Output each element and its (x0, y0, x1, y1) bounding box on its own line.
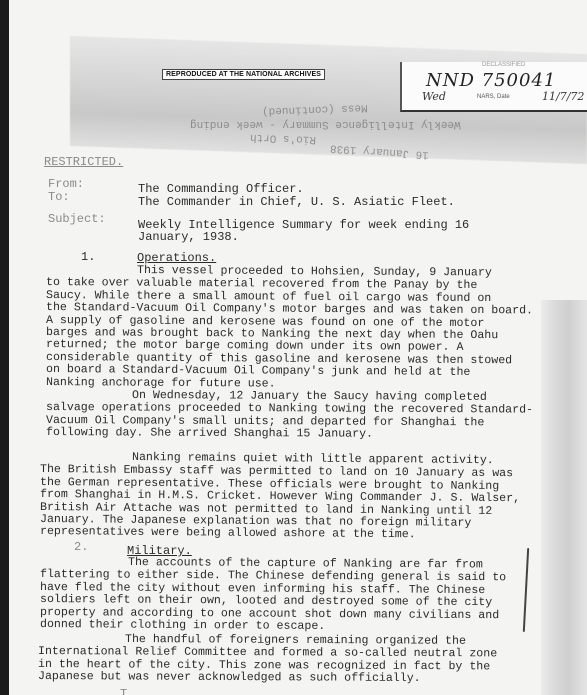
to-label: To: (48, 191, 70, 203)
paragraph-line: following day. She arrived Shanghai 15 J… (46, 427, 373, 441)
margin-pen-mark (523, 548, 529, 632)
national-archives-label: REPRODUCED AT THE NATIONAL ARCHIVES (162, 69, 325, 80)
declassification-number: NND 750041 (426, 70, 556, 91)
stamp-initials: Wed (422, 90, 446, 103)
from-label: From: (48, 178, 84, 190)
bleed-text: Rio's Orth (250, 131, 316, 145)
bleed-text: Weekly Intelligence Summary - week endin… (190, 118, 461, 130)
stamp-heading: DECLASSIFIED (482, 62, 525, 68)
stamp-authority: NARS, Date (477, 94, 510, 100)
section-number: 1. (81, 251, 95, 263)
section-title: Operations. (137, 252, 216, 264)
trailing-fragment: T (120, 688, 127, 695)
from-value: The Commanding Officer. (138, 183, 304, 195)
stamp-date: 11/7/72 (542, 90, 584, 103)
page-edge-shadow (541, 300, 587, 695)
paragraph-line: representatives were being allowed ashor… (40, 526, 416, 541)
declassification-stamp: DECLASSIFIED NND 750041 Wed NARS, Date 1… (400, 62, 587, 112)
paragraph-line: donned their clothing in order to escape… (40, 619, 325, 633)
to-value: The Commander in Chief, U. S. Asiatic Fl… (138, 196, 455, 208)
scan-edge (0, 0, 9, 695)
subject-label: Subject: (48, 213, 106, 225)
paragraph-line: Japanese but was never acknowledged as s… (38, 671, 421, 685)
section-number: 2. (74, 541, 88, 553)
subject-line-2: January, 1938. (138, 231, 239, 243)
classification-marking: RESTRICTED. (44, 156, 123, 168)
paragraph-line: Nanking anchorage for future use. (46, 377, 276, 391)
